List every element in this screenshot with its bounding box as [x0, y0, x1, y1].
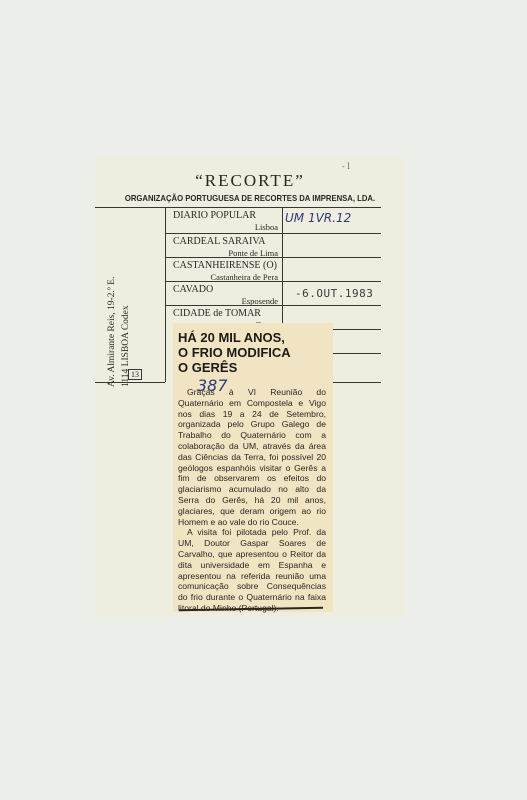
newspaper-city: Lisboa: [255, 222, 278, 232]
corner-mark: - l: [342, 162, 350, 171]
newspaper-name: CARDEAL SARAIVA: [173, 236, 266, 247]
paragraph: Graças à VI Reunião do Quaternário em Co…: [178, 387, 326, 527]
newspaper-clipping: HÁ 20 MIL ANOS, O FRIO MODIFICA O GERÊS …: [173, 323, 333, 612]
divider: [333, 382, 381, 383]
form-subtitle: ORGANIZAÇÃO PORTUGUESA DE RECORTES DA IM…: [107, 193, 392, 203]
clipping-body: Graças à VI Reunião do Quaternário em Co…: [178, 387, 326, 614]
newspaper-entry: CASTANHEIRENSE (O) Castanheira de Pera: [167, 257, 282, 283]
newspaper-entry: CARDEAL SARAIVA Ponte de Lima: [167, 233, 282, 259]
newspaper-name: CAVADO: [173, 284, 213, 295]
headline-line: O FRIO MODIFICA: [178, 345, 291, 360]
address-line-1: Av. Almirante Reis, 19-2.º E.: [105, 277, 119, 387]
newspaper-entry: DIARIO POPULAR Lisboa: [167, 207, 282, 233]
divider: [95, 382, 165, 383]
divider: [333, 353, 381, 354]
headline-line: HÁ 20 MIL ANOS,: [178, 330, 291, 345]
divider: [282, 207, 283, 325]
newspaper-name: CASTANHEIRENSE (O): [173, 260, 277, 271]
newspaper-entry: CAVADO Esposende: [167, 281, 282, 307]
newspaper-name: CIDADE de TOMAR: [173, 308, 261, 319]
form-title: “RECORTE”: [95, 171, 405, 191]
handwritten-note: UM 1VR.12: [285, 211, 351, 225]
clipping-headline: HÁ 20 MIL ANOS, O FRIO MODIFICA O GERÊS: [178, 330, 291, 375]
page-number: 13: [128, 369, 142, 380]
newspaper-name: DIARIO POPULAR: [173, 210, 256, 221]
headline-line: O GERÊS: [178, 360, 291, 375]
paragraph: A visita foi pilotada pelo Prof. da UM, …: [178, 527, 326, 613]
date-stamp: -6.OUT.1983: [295, 287, 373, 300]
